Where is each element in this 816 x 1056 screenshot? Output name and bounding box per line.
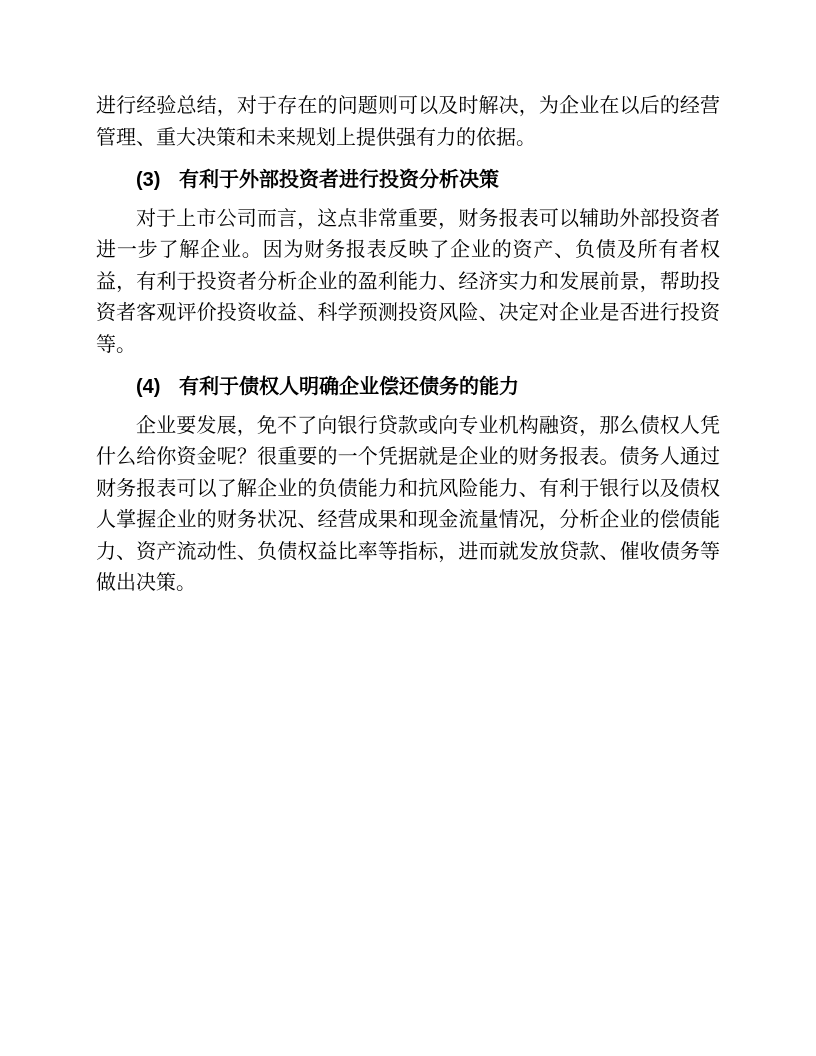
- section-heading-4: (4) 有利于债权人明确企业偿还债务的能力: [96, 372, 720, 404]
- paragraph-investors: 对于上市公司而言，这点非常重要，财务报表可以辅助外部投资者进一步了解企业。因为财…: [96, 204, 720, 362]
- heading-number: (3): [136, 169, 160, 191]
- heading-title: 有利于外部投资者进行投资分析决策: [179, 169, 499, 191]
- paragraph-creditors: 企业要发展，免不了向银行贷款或向专业机构融资，那么债权人凭什么给你资金呢？很重要…: [96, 411, 720, 600]
- section-heading-3: (3) 有利于外部投资者进行投资分析决策: [96, 165, 720, 197]
- heading-number: (4): [136, 376, 160, 398]
- heading-title: 有利于债权人明确企业偿还债务的能力: [179, 376, 519, 398]
- paragraph-continuation: 进行经验总结，对于存在的问题则可以及时解决，为企业在以后的经营管理、重大决策和未…: [96, 91, 720, 154]
- document-page: 进行经验总结，对于存在的问题则可以及时解决，为企业在以后的经营管理、重大决策和未…: [0, 0, 816, 1056]
